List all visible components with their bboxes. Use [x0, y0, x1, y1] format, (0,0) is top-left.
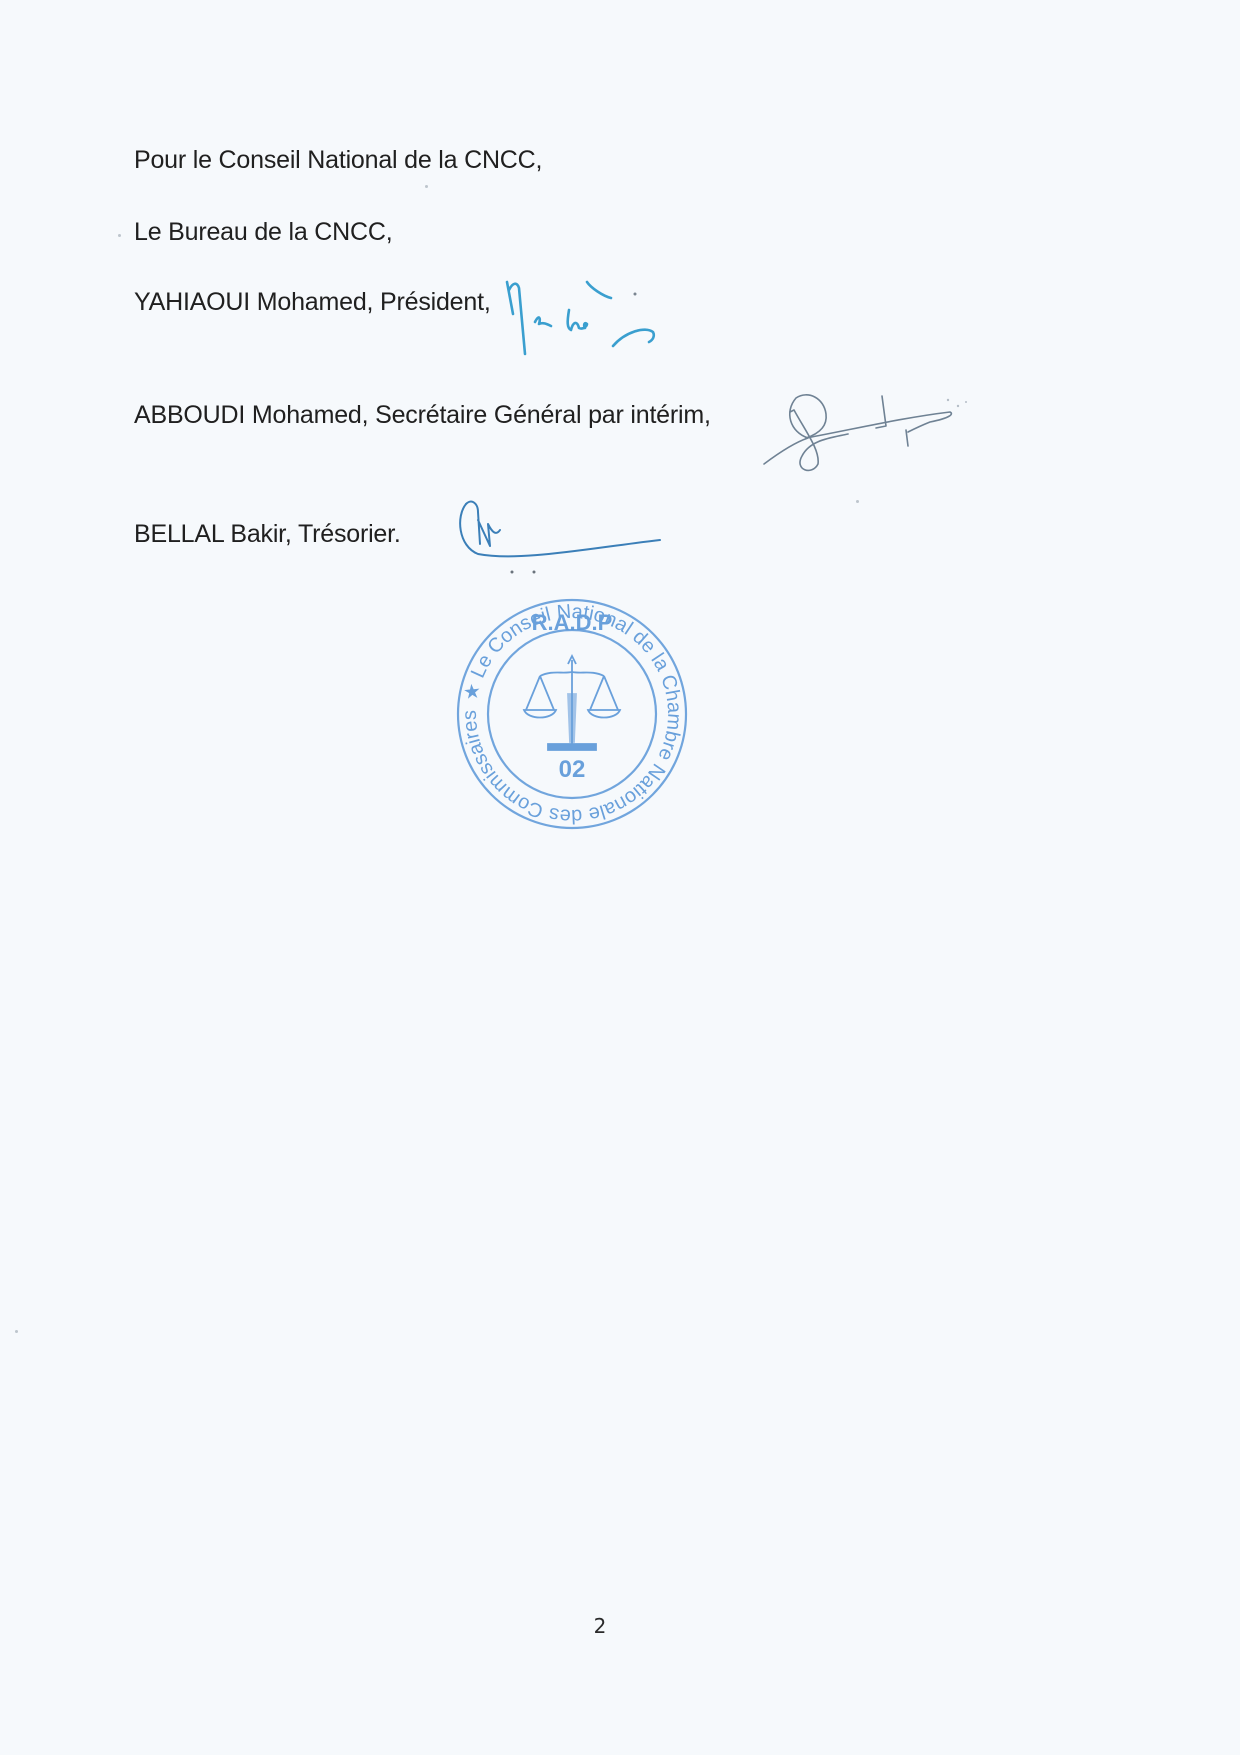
signatory-president: YAHIAOUI Mohamed, Président, — [134, 288, 491, 317]
scan-speck — [856, 500, 859, 503]
scales-of-justice-icon — [524, 656, 620, 750]
scan-speck — [118, 234, 121, 237]
president-signature-icon — [495, 262, 735, 362]
signatory-secretary-general: ABBOUDI Mohamed, Secrétaire Général par … — [134, 401, 711, 430]
stamp-top-text: R.A.D.P — [532, 610, 613, 635]
closing-line: Pour le Conseil National de la CNCC, — [134, 146, 542, 175]
scan-speck — [425, 185, 428, 188]
scan-speck — [15, 1330, 18, 1333]
treasurer-signature-icon — [450, 490, 670, 580]
secretary-general-signature-icon — [740, 372, 990, 472]
signatory-treasurer: BELLAL Bakir, Trésorier. — [134, 520, 401, 549]
bureau-line: Le Bureau de la CNCC, — [134, 218, 392, 247]
document-page: Pour le Conseil National de la CNCC, Le … — [0, 0, 1240, 1755]
stamp-number: 02 — [559, 756, 586, 783]
page-number: 2 — [0, 1614, 1200, 1638]
official-stamp: ★ Le Conseil National de la Chambre Nati… — [452, 594, 692, 834]
